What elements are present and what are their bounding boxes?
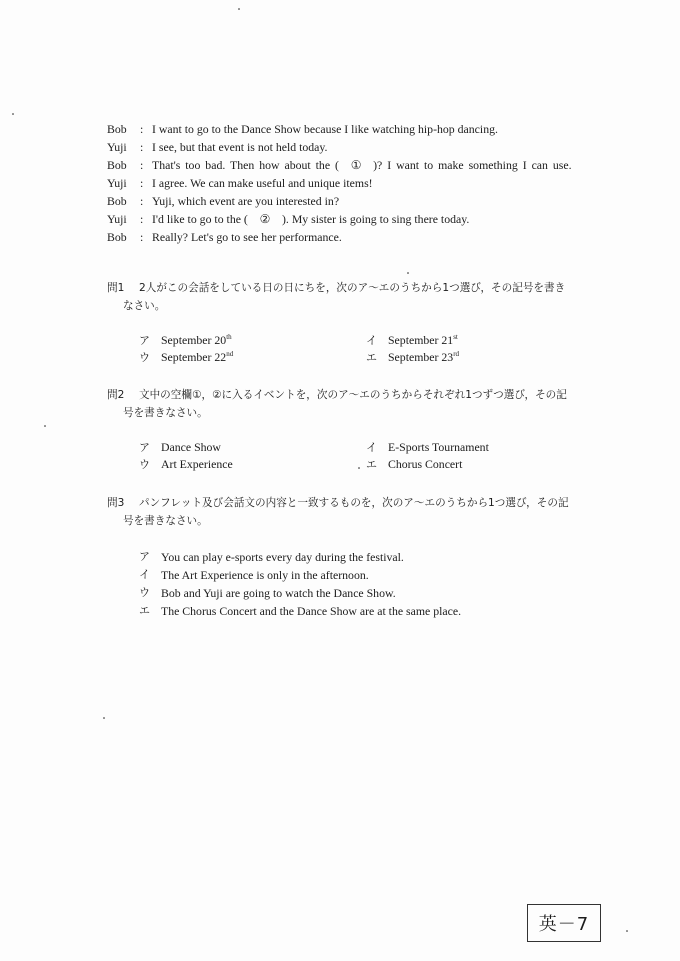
choice-label: September 20 <box>161 333 226 347</box>
scan-speck <box>44 425 46 427</box>
choice-b: イ E-Sports Tournament <box>366 439 566 456</box>
speaker: Bob <box>107 156 140 174</box>
speech: I agree. We can make useful and unique i… <box>152 174 612 192</box>
choice-mark: イ <box>366 439 388 456</box>
choice-text: Art Experience <box>161 456 233 473</box>
dialogue: Bob : I want to go to the Dance Show bec… <box>107 120 612 246</box>
dialogue-line: Bob : That's too bad. Then how about the… <box>107 156 612 174</box>
speech: I see, but that event is not held today. <box>152 138 612 156</box>
speaker: Yuji <box>107 174 140 192</box>
speech: That's too bad. Then how about the ( ① )… <box>152 156 612 174</box>
question-text: パンフレット及び会話文の内容と一致するものを，次のア～エのうちから1つ選び，その… <box>139 494 612 530</box>
question-text-line: パンフレット及び会話文の内容と一致するものを，次のア～エのうちから1つ選び，その… <box>139 497 569 509</box>
colon: : <box>140 120 152 138</box>
choice-text: The Chorus Concert and the Dance Show ar… <box>161 602 461 620</box>
choice-c: ウ Art Experience <box>139 456 366 473</box>
colon: : <box>140 174 152 192</box>
colon: : <box>140 156 152 174</box>
choice-text: The Art Experience is only in the aftern… <box>161 566 369 584</box>
question-1: 問1 2人がこの会話をしている日の日にちを，次のア～エのうちから1つ選び，その記… <box>107 279 612 366</box>
choice-list: ア You can play e-sports every day during… <box>139 548 612 620</box>
dialogue-line: Yuji : I'd like to go to the ( ② ). My s… <box>107 210 612 228</box>
choice-a: ア You can play e-sports every day during… <box>139 548 612 566</box>
ordinal-suffix: th <box>226 333 231 341</box>
speech: Really? Let's go to see her performance. <box>152 228 612 246</box>
question-text: 文中の空欄①，②に入るイベントを，次のア～エのうちからそれぞれ1つずつ選び，その… <box>139 386 612 422</box>
dialogue-line: Yuji : I see, but that event is not held… <box>107 138 612 156</box>
scan-speck <box>103 717 105 719</box>
choice-label: September 23 <box>388 350 453 364</box>
scan-speck <box>407 272 409 274</box>
choice-mark: イ <box>366 332 388 349</box>
choice-list: ア Dance Show イ E-Sports Tournament ウ Art… <box>139 439 612 473</box>
question-text-line: 号を書きなさい。 <box>123 512 612 530</box>
choice-d: エ Chorus Concert <box>366 456 566 473</box>
choice-text: You can play e-sports every day during t… <box>161 548 404 566</box>
choice-mark: イ <box>139 566 161 584</box>
question-text: 2人がこの会話をしている日の日にちを，次のア～エのうちから1つ選び，その記号を書… <box>139 279 612 315</box>
speaker: Yuji <box>107 210 140 228</box>
speaker: Bob <box>107 228 140 246</box>
choice-text: E-Sports Tournament <box>388 439 489 456</box>
choice-mark: ア <box>139 439 161 456</box>
speech: I want to go to the Dance Show because I… <box>152 120 612 138</box>
choice-mark: エ <box>139 602 161 620</box>
speaker: Bob <box>107 120 140 138</box>
choice-text: September 21st <box>388 332 458 349</box>
choice-a: ア Dance Show <box>139 439 366 456</box>
question-text-line: 号を書きなさい。 <box>123 404 612 422</box>
question-2: 問2 文中の空欄①，②に入るイベントを，次のア～エのうちからそれぞれ1つずつ選び… <box>107 386 612 473</box>
colon: : <box>140 228 152 246</box>
choice-mark: ウ <box>139 456 161 473</box>
choice-label: September 22 <box>161 350 226 364</box>
choice-text: September 23rd <box>388 349 459 366</box>
scan-speck <box>238 8 240 10</box>
choice-text: Dance Show <box>161 439 221 456</box>
choice-text: September 20th <box>161 332 232 349</box>
choice-mark: ア <box>139 548 161 566</box>
exam-page: Bob : I want to go to the Dance Show bec… <box>0 0 680 961</box>
ordinal-suffix: st <box>453 333 458 341</box>
speech: Yuji, which event are you interested in? <box>152 192 612 210</box>
dialogue-line: Bob : I want to go to the Dance Show bec… <box>107 120 612 138</box>
colon: : <box>140 210 152 228</box>
question-text-line: 2人がこの会話をしている日の日にちを，次のア～エのうちから1つ選び，その記号を書… <box>139 282 565 294</box>
choice-label: September 21 <box>388 333 453 347</box>
page-number-label: 英－7 <box>527 904 601 942</box>
choice-a: ア September 20th <box>139 332 366 349</box>
choice-d: エ September 23rd <box>366 349 566 366</box>
speech: I'd like to go to the ( ② ). My sister i… <box>152 210 612 228</box>
question-3: 問3 パンフレット及び会話文の内容と一致するものを，次のア～エのうちから1つ選び… <box>107 494 612 620</box>
dialogue-line: Bob : Really? Let's go to see her perfor… <box>107 228 612 246</box>
dialogue-line: Bob : Yuji, which event are you interest… <box>107 192 612 210</box>
ordinal-suffix: nd <box>226 350 233 358</box>
colon: : <box>140 192 152 210</box>
scan-speck <box>626 930 628 932</box>
dialogue-line: Yuji : I agree. We can make useful and u… <box>107 174 612 192</box>
scan-speck <box>358 467 360 469</box>
question-text-line: 文中の空欄①，②に入るイベントを，次のア～エのうちからそれぞれ1つずつ選び，その… <box>139 389 567 401</box>
colon: : <box>140 138 152 156</box>
choice-c: ウ Bob and Yuji are going to watch the Da… <box>139 584 612 602</box>
choice-mark: エ <box>366 349 388 366</box>
choice-b: イ The Art Experience is only in the afte… <box>139 566 612 584</box>
choice-text: September 22nd <box>161 349 233 366</box>
choice-b: イ September 21st <box>366 332 566 349</box>
speaker: Yuji <box>107 138 140 156</box>
choice-c: ウ September 22nd <box>139 349 366 366</box>
choice-mark: エ <box>366 456 388 473</box>
scan-speck <box>12 113 14 115</box>
choice-d: エ The Chorus Concert and the Dance Show … <box>139 602 612 620</box>
choice-mark: ウ <box>139 349 161 366</box>
choice-list: ア September 20th イ September 21st ウ Sept… <box>139 332 612 366</box>
question-text-line: なさい。 <box>123 297 612 315</box>
choice-text: Chorus Concert <box>388 456 462 473</box>
choice-mark: ア <box>139 332 161 349</box>
ordinal-suffix: rd <box>453 350 459 358</box>
choice-mark: ウ <box>139 584 161 602</box>
speaker: Bob <box>107 192 140 210</box>
choice-text: Bob and Yuji are going to watch the Danc… <box>161 584 396 602</box>
